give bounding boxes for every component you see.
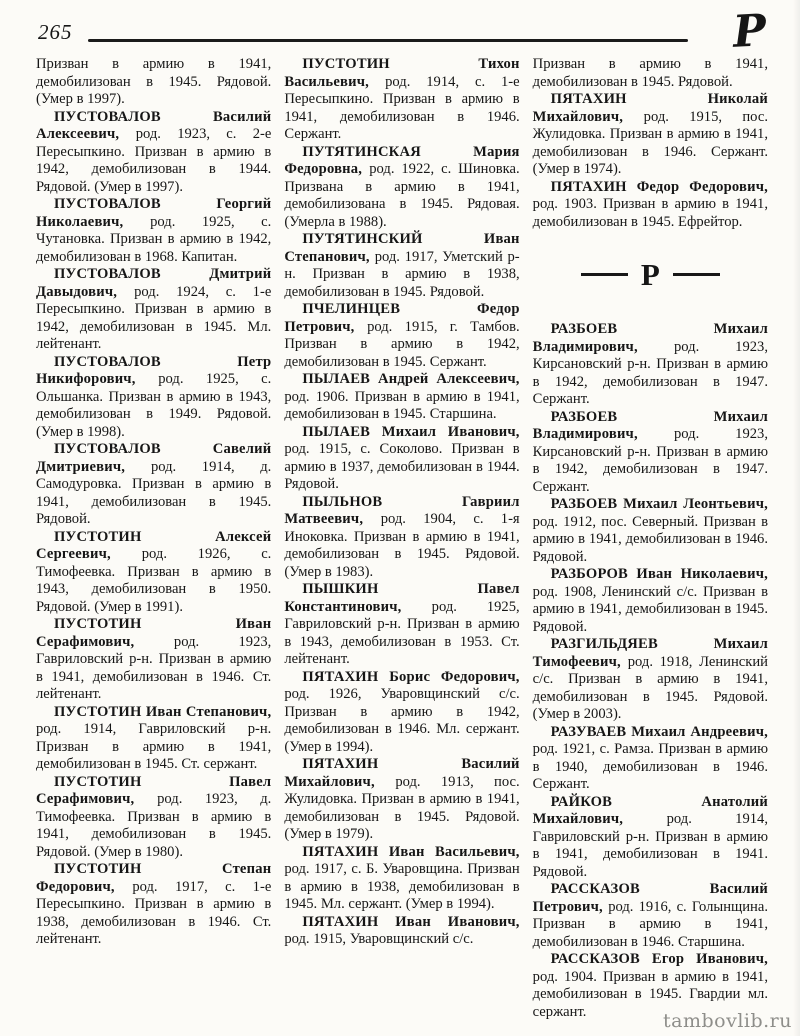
- entry: РАЗБОЕВ Михаил Владимирович, род. 1923, …: [533, 321, 768, 409]
- entry-text: род. 1906. Призван в армию в 1941, демоб…: [284, 389, 519, 423]
- entry: ПЫШКИН Павел Константинович, род. 1925, …: [284, 581, 519, 669]
- entry: РАССКАЗОВ Василий Петрович, род. 1916, с…: [533, 881, 768, 951]
- entry: ПЫЛАЕВ Михаил Иванович, род. 1915, с. Со…: [284, 424, 519, 494]
- entry-name: ПЯТАХИН Иван Васильевич,: [302, 844, 519, 860]
- scanned-book-page: 265 Р Призван в армию в 1941, демобилизо…: [0, 0, 800, 1036]
- entry: ПУТЯТИНСКИЙ Иван Степанович, род. 1917, …: [284, 231, 519, 301]
- section-header: Р: [537, 259, 764, 290]
- entry: ПЫЛЬНОВ Гавриил Матвеевич, род. 1904, с.…: [284, 494, 519, 582]
- column-1: Призван в армию в 1941, демобилизован в …: [36, 56, 271, 1021]
- entry-name: РАЗБОРОВ Иван Николаевич,: [551, 566, 768, 582]
- entry: РАЗБОЕВ Михаил Леонтьевич, род. 1912, по…: [533, 496, 768, 566]
- entry: ПУСТОТИН Иван Серафимович, род. 1923, Га…: [36, 616, 271, 704]
- entry: РАЗУВАЕВ Михаил Андреевич, род. 1921, с.…: [533, 724, 768, 794]
- entry: ПУТЯТИНСКАЯ Мария Федоровна, род. 1922, …: [284, 144, 519, 232]
- entry-text: род. 1917, с. Б. Уваровщина. Призван в а…: [284, 861, 519, 912]
- column-2: ПУСТОТИН Тихон Васильевич, род. 1914, с.…: [284, 56, 519, 1021]
- entry-text: род. 1912, пос. Северный. Призван в арми…: [533, 514, 768, 565]
- entry: ПЯТАХИН Василий Михайлович, род. 1913, п…: [284, 756, 519, 844]
- entry: ПЫЛАЕВ Андрей Алексеевич, род. 1906. При…: [284, 371, 519, 424]
- entry-name: РАССКАЗОВ Егор Иванович,: [551, 951, 768, 967]
- section-dash-right: [673, 273, 720, 276]
- entry: ПУСТОВАЛОВ Петр Никифорович, род. 1925, …: [36, 354, 271, 442]
- entry-text: род. 1915, Уваровщинский с/с.: [284, 931, 473, 947]
- entry: ПУСТОТИН Иван Степанович, род. 1914, Гав…: [36, 704, 271, 774]
- section-dash-left: [581, 273, 628, 276]
- entry: ПЧЕЛИНЦЕВ Федор Петрович, род. 1915, г. …: [284, 301, 519, 371]
- entry: ПУСТОТИН Степан Федорович, род. 1917, с.…: [36, 861, 271, 949]
- entry: РАЗБОЕВ Михаил Владимирович, род. 1923, …: [533, 409, 768, 497]
- header-rule: [88, 39, 688, 42]
- entry: ПУСТОТИН Тихон Васильевич, род. 1914, с.…: [284, 56, 519, 144]
- entry-text: род. 1903. Призван в армию в 1941, демоб…: [533, 196, 768, 230]
- entry: ПЯТАХИН Борис Федорович, род. 1926, Увар…: [284, 669, 519, 757]
- entry: ПУСТОВАЛОВ Савелий Дмитриевич, род. 1914…: [36, 441, 271, 529]
- entry-text: род. 1915, с. Соколово. Призван в армию …: [284, 441, 519, 492]
- entry-text: Призван в армию в 1941, демобилизован в …: [36, 56, 271, 107]
- entry-name: ПЯТАХИН Борис Федорович,: [302, 669, 519, 685]
- entry: ПУСТОТИН Павел Серафимович, род. 1923, д…: [36, 774, 271, 862]
- section-ornament-letter: Р: [732, 5, 768, 58]
- column-3: Призван в армию в 1941, демобилизован в …: [533, 56, 768, 1021]
- entry-text: род. 1914, Гавриловский р-н. Призван в а…: [36, 721, 271, 772]
- entry-name: ПУСТОТИН Иван Степанович,: [54, 704, 271, 720]
- entry-continuation: Призван в армию в 1941, демобилизован в …: [36, 56, 271, 109]
- entry: ПЯТАХИН Николай Михайлович, род. 1915, п…: [533, 91, 768, 179]
- entry-name: ПЯТАХИН Иван Иванович,: [302, 914, 519, 930]
- text-columns: Призван в армию в 1941, демобилизован в …: [36, 56, 768, 1021]
- entry: РАЗБОРОВ Иван Николаевич, род. 1908, Лен…: [533, 566, 768, 636]
- entry-text: род. 1926, Уваровщинский с/с. Призван в …: [284, 686, 519, 755]
- entry-name: ПЫЛАЕВ Михаил Иванович,: [302, 424, 519, 440]
- entry: РАЗГИЛЬДЯЕВ Михаил Тимофеевич, род. 1918…: [533, 636, 768, 724]
- entry-continuation: Призван в армию в 1941, демобилизован в …: [533, 56, 768, 91]
- entry: ПУСТОВАЛОВ Василий Алексеевич, род. 1923…: [36, 109, 271, 197]
- entry: ПУСТОВАЛОВ Георгий Николаевич, род. 1925…: [36, 196, 271, 266]
- entry: ПУСТОВАЛОВ Дмитрий Давыдович, род. 1924,…: [36, 266, 271, 354]
- page-number: 265: [38, 20, 73, 45]
- entry-text: род. 1921, с. Рамза. Призван в армию в 1…: [533, 741, 768, 792]
- entry: ПУСТОТИН Алексей Сергеевич, род. 1926, с…: [36, 529, 271, 617]
- entry-text: Призван в армию в 1941, демобилизован в …: [533, 56, 768, 90]
- entry: ПЯТАХИН Иван Васильевич, род. 1917, с. Б…: [284, 844, 519, 914]
- entry-name: РАЗУВАЕВ Михаил Андреевич,: [551, 724, 768, 740]
- entry-name: ПЯТАХИН Федор Федорович,: [551, 179, 768, 195]
- entry: ПЯТАХИН Федор Федорович, род. 1903. Приз…: [533, 179, 768, 232]
- entry-text: род. 1908, Ленинский с/с. Призван в арми…: [533, 584, 768, 635]
- entry: РАЙКОВ Анатолий Михайлович, род. 1914, Г…: [533, 794, 768, 882]
- entry-name: РАЗБОЕВ Михаил Леонтьевич,: [551, 496, 768, 512]
- section-letter: Р: [641, 259, 660, 290]
- entry: ПЯТАХИН Иван Иванович, род. 1915, Уваров…: [284, 914, 519, 949]
- watermark: tambovlib.ru: [663, 1010, 792, 1032]
- entry-name: ПЫЛАЕВ Андрей Алексеевич,: [302, 371, 519, 387]
